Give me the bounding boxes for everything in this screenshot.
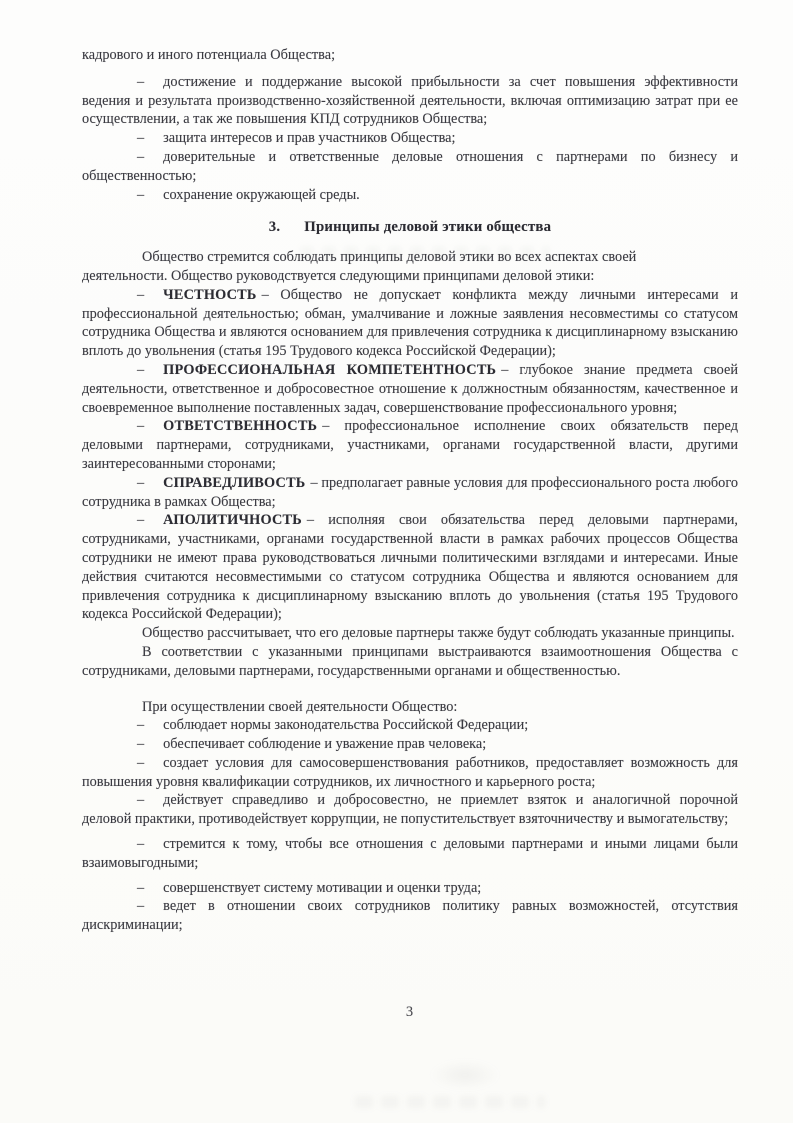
dash-bullet: – xyxy=(137,149,144,165)
list-item: –защита интересов и прав участников Обще… xyxy=(82,129,738,148)
dash-bullet: – xyxy=(137,755,144,771)
principle-term: ЧЕСТНОСТЬ xyxy=(163,287,256,303)
dash-bullet: – xyxy=(137,74,144,90)
principle-term: СПРАВЕДЛИВОСТЬ xyxy=(163,475,305,491)
scan-artifact xyxy=(355,1096,545,1108)
list-item-principle: –ОТВЕТСТВЕННОСТЬ– профессиональное испол… xyxy=(82,417,738,473)
dash-bullet: – xyxy=(137,512,144,528)
principle-term: ОТВЕТСТВЕННОСТЬ xyxy=(163,418,317,434)
dash-bullet: – xyxy=(137,736,144,752)
dash-bullet: – xyxy=(137,187,144,203)
dash-bullet: – xyxy=(137,362,144,378)
list-item: –стремится к тому, чтобы все отношения с… xyxy=(82,835,738,873)
list-item-text: сохранение окружающей среды. xyxy=(163,187,360,203)
list-item-principle: –АПОЛИТИЧНОСТЬ– исполняя свои обязательс… xyxy=(82,511,738,624)
list-item-principle: –ПРОФЕССИОНАЛЬНАЯ КОМПЕТЕНТНОСТЬ– глубок… xyxy=(82,361,738,417)
list-item: –сохранение окружающей среды. xyxy=(82,186,738,205)
list-item: –создает условия для самосовершенствован… xyxy=(82,754,738,792)
dash-bullet: – xyxy=(137,880,144,896)
paragraph: Общество стремится соблюдать принципы де… xyxy=(82,248,647,286)
list-item-text: достижение и поддержание высокой прибыль… xyxy=(82,74,738,128)
list-item: –действует справедливо и добросовестно, … xyxy=(82,791,738,829)
dash-bullet: – xyxy=(137,475,144,491)
dash-bullet: – xyxy=(137,898,144,914)
dash-bullet: – xyxy=(137,130,144,146)
paragraph-continuation: кадрового и иного потенциала Общества; xyxy=(82,46,738,65)
principle-term: ПРОФЕССИОНАЛЬНАЯ КОМПЕТЕНТНОСТЬ xyxy=(163,362,496,378)
list-item-text: обеспечивает соблюдение и уважение прав … xyxy=(163,736,486,752)
list-item: –обеспечивает соблюдение и уважение прав… xyxy=(82,735,738,754)
list-item-text: создает условия для самосовершенствовани… xyxy=(82,755,738,790)
document-body: кадрового и иного потенциала Общества; –… xyxy=(82,46,738,935)
paragraph: При осуществлении своей деятельности Общ… xyxy=(82,698,738,717)
list-item-text: соблюдает нормы законодательства Российс… xyxy=(163,717,528,733)
dash-bullet: – xyxy=(137,792,144,808)
list-item: –совершенствует систему мотивации и оцен… xyxy=(82,879,738,898)
section-title: Принципы деловой этики общества xyxy=(304,219,551,235)
paragraph: В соответствии с указанными принципами в… xyxy=(82,643,738,681)
dash-bullet: – xyxy=(137,418,144,434)
list-item-text: доверительные и ответственные деловые от… xyxy=(82,149,738,184)
page-number: 3 xyxy=(13,1004,793,1021)
dash-bullet: – xyxy=(137,287,144,303)
section-number: 3. xyxy=(269,219,281,235)
list-item-text: защита интересов и прав участников Общес… xyxy=(163,130,455,146)
list-item-text: стремится к тому, чтобы все отношения с … xyxy=(82,836,738,871)
document-page: кадрового и иного потенциала Общества; –… xyxy=(0,0,793,1123)
principle-term: АПОЛИТИЧНОСТЬ xyxy=(163,512,302,528)
scan-artifact xyxy=(430,1060,500,1090)
dash-bullet: – xyxy=(137,717,144,733)
principle-text: – исполняя свои обязательства перед дело… xyxy=(82,512,738,622)
list-item-text: действует справедливо и добросовестно, н… xyxy=(82,792,738,827)
paragraph: Общество рассчитывает, что его деловые п… xyxy=(82,624,738,643)
list-item: –достижение и поддержание высокой прибыл… xyxy=(82,73,738,129)
list-item-principle: –ЧЕСТНОСТЬ– Общество не допускает конфли… xyxy=(82,286,738,361)
section-heading: 3.Принципы деловой этики общества xyxy=(82,218,738,237)
list-item-text: совершенствует систему мотивации и оценк… xyxy=(163,880,481,896)
list-item: –доверительные и ответственные деловые о… xyxy=(82,148,738,186)
list-item-principle: –СПРАВЕДЛИВОСТЬ– предполагает равные усл… xyxy=(82,474,738,512)
list-item: –ведет в отношении своих сотрудников пол… xyxy=(82,897,738,935)
list-item: –соблюдает нормы законодательства Россий… xyxy=(82,716,738,735)
list-item-text: ведет в отношении своих сотрудников поли… xyxy=(82,898,738,933)
dash-bullet: – xyxy=(137,836,144,852)
